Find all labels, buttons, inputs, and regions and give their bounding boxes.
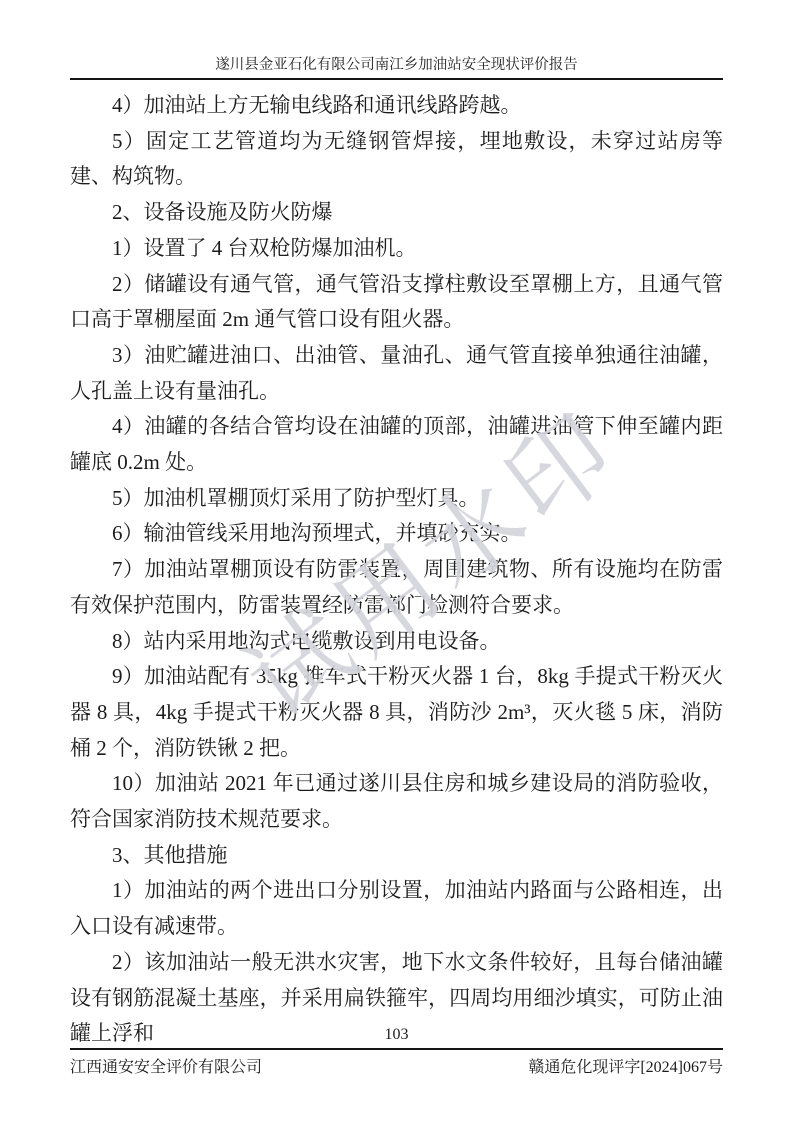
body-paragraph: 1）设置了 4 台双枪防爆加油机。 [70,231,723,267]
body-paragraph: 3、其他措施 [70,838,723,874]
body-paragraph: 2）储罐设有通气管，通气管沿支撑柱敷设至罩棚上方，且通气管口高于罩棚屋面 2m … [70,267,723,338]
body-paragraph: 7）加油站罩棚顶设有防雷装置，周围建筑物、所有设施均在防雷有效保护范围内，防雷装… [70,552,723,623]
page-header: 遂川县金亚石化有限公司南江乡加油站安全现状评价报告 [70,0,723,80]
body-paragraph: 3）油贮罐进油口、出油管、量油孔、通气管直接单独通往油罐，人孔盖上设有量油孔。 [70,338,723,409]
page-number: 103 [0,1026,793,1044]
body-paragraph: 10）加油站 2021 年已通过遂川县住房和城乡建设局的消防验收，符合国家消防技… [70,766,723,837]
body-paragraph: 2、设备设施及防火防爆 [70,195,723,231]
body-paragraph: 5）加油机罩棚顶灯采用了防护型灯具。 [70,481,723,517]
body-paragraph: 9）加油站配有 35kg 推车式干粉灭火器 1 台，8kg 手提式干粉灭火器 8… [70,659,723,766]
page-footer: 江西通安安全评价有限公司 赣通危化现评字[2024]067号 [70,1048,723,1077]
body-paragraph: 6）输油管线采用地沟预埋式，并填砂充实。 [70,516,723,552]
body-paragraph: 4）油罐的各结合管均设在油罐的顶部，油罐进油管下伸至罐内距罐底 0.2m 处。 [70,409,723,480]
body-paragraph: 4）加油站上方无输电线路和通讯线路跨越。 [70,88,723,124]
footer-document-number: 赣通危化现评字[2024]067号 [528,1054,723,1077]
body-paragraph: 5）固定工艺管道均为无缝钢管焊接，埋地敷设，未穿过站房等建、构筑物。 [70,124,723,195]
body-paragraph: 1）加油站的两个进出口分别设置，加油站内路面与公路相连，出入口设有减速带。 [70,873,723,944]
document-body: 4）加油站上方无输电线路和通讯线路跨越。 5）固定工艺管道均为无缝钢管焊接，埋地… [70,88,723,1052]
footer-company-name: 江西通安安全评价有限公司 [70,1054,262,1077]
document-page: 遂川县金亚石化有限公司南江乡加油站安全现状评价报告 4）加油站上方无输电线路和通… [0,0,793,1122]
report-title: 遂川县金亚石化有限公司南江乡加油站安全现状评价报告 [215,53,578,74]
body-paragraph: 8）站内采用地沟式电缆敷设到用电设备。 [70,624,723,660]
